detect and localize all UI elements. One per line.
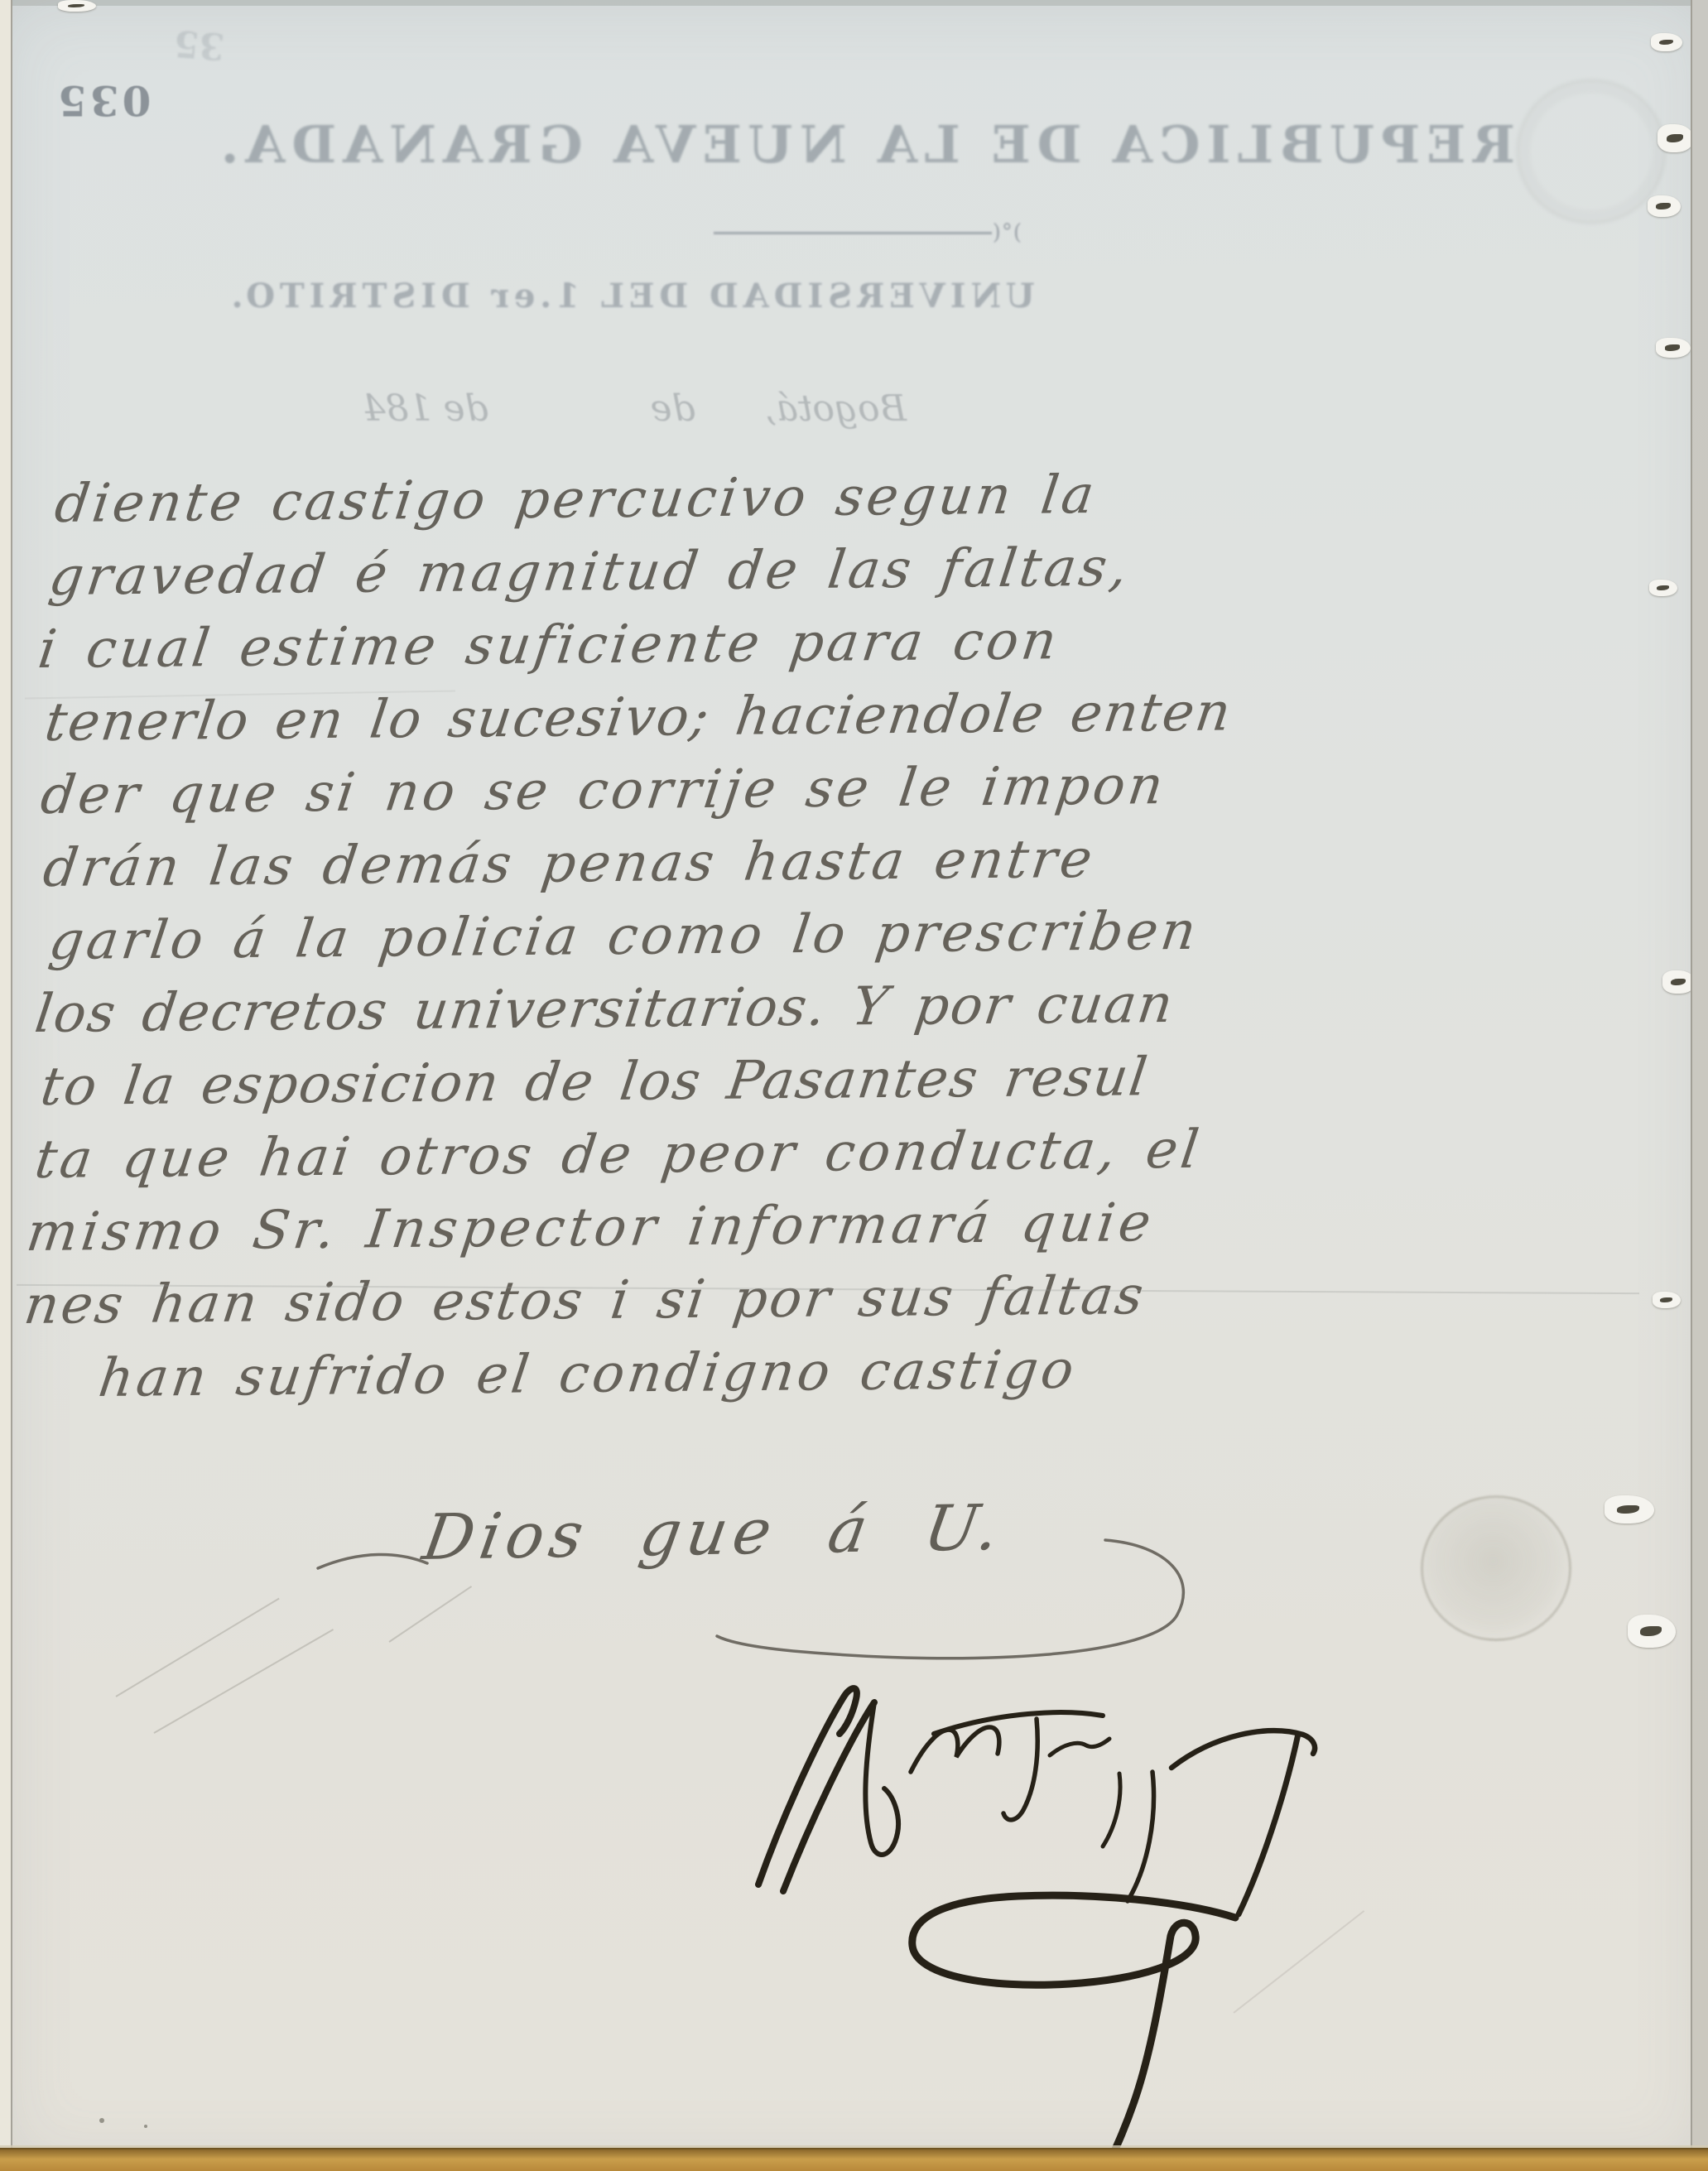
circular-ink-stamp [1421,1495,1571,1641]
scanned-letter-page: REPUBLICA DE LA NUEVA GRANADA. )°( UNIVE… [0,0,1708,2171]
backing-board-bottom [0,2148,1708,2171]
signature-flourish [0,0,1708,2171]
paper-tear [1656,338,1691,358]
embossed-seal [1517,79,1666,224]
paper-tear [1651,33,1682,51]
speck [99,2118,104,2123]
paper-tear [1657,124,1694,152]
paper-tear [1605,1495,1654,1524]
speck [144,2125,147,2128]
speck [87,1238,90,1241]
backing-edge-right [1691,0,1708,2171]
paper-tear [1653,1292,1681,1308]
paper-tear [1648,195,1681,217]
paper-tear [1649,580,1677,596]
paper-tear [58,0,96,12]
paper-tear [1628,1615,1676,1648]
backing-edge-left [0,0,12,2171]
